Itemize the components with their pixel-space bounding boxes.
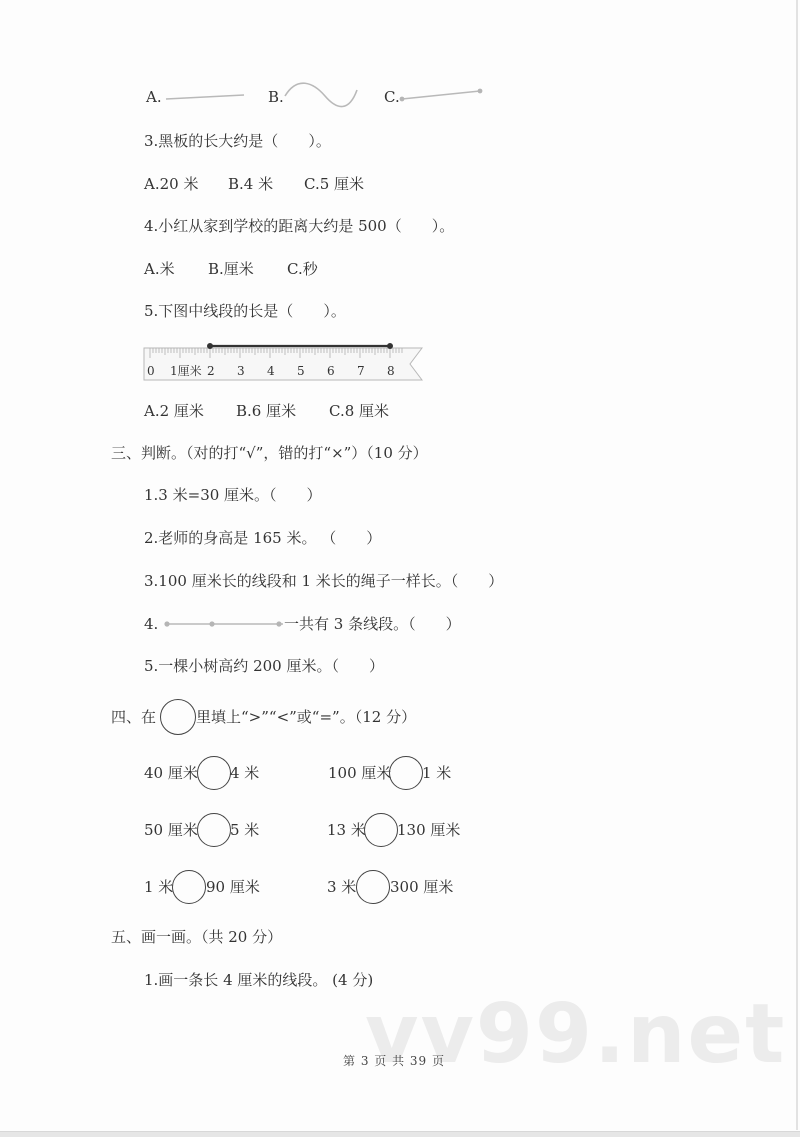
q3-option-c: C.5 厘米 [304, 174, 364, 194]
compare-5-right: 90 厘米 [206, 877, 260, 897]
compare-2-circle[interactable] [389, 756, 423, 790]
section4-title-prefix: 四、在 [111, 707, 156, 727]
q5-text: 5.下图中线段的长是（ ）。 [144, 301, 346, 321]
ruler-label-6: 6 [327, 361, 335, 381]
q4-text: 4.小红从家到学校的距离大约是 500（ ）。 [144, 216, 454, 236]
q4-option-a: A.米 [144, 259, 175, 279]
section5-title: 五、画一画。（共 20 分） [111, 927, 282, 947]
compare-4-right: 130 厘米 [397, 820, 460, 840]
ruler-label-2: 2 [207, 361, 215, 381]
judge-item-4-text: 一共有 3 条线段。（ ） [284, 614, 461, 634]
compare-2-right: 1 米 [422, 763, 451, 783]
compare-1-left: 40 厘米 [144, 763, 198, 783]
ruler-label-3: 3 [237, 361, 245, 381]
compare-4-circle[interactable] [364, 813, 398, 847]
judge-item-1: 1.3 米=30 厘米。（ ） [144, 485, 322, 505]
curved-line-figure [283, 80, 363, 112]
ruler-label-5: 5 [297, 361, 305, 381]
q2-option-b-label: B. [268, 87, 284, 107]
compare-6-circle[interactable] [356, 870, 390, 904]
line-segment-figure [400, 88, 484, 102]
compare-4-left: 13 米 [327, 820, 366, 840]
q5-option-b: B.6 厘米 [236, 401, 296, 421]
straight-line-figure [166, 90, 246, 102]
ruler-label-0: 0 [147, 361, 155, 381]
ruler-label-1: 1厘米 [170, 361, 202, 381]
three-point-segment-figure [165, 619, 287, 629]
document-page: A. B. C. 3.黑板的长大约是（ ）。 A.20 米 B.4 米 C.5 … [0, 0, 798, 1130]
judge-item-3: 3.100 厘米长的线段和 1 米长的绳子一样长。（ ） [144, 571, 503, 591]
judge-item-2: 2.老师的身高是 165 米。 （ ） [144, 528, 381, 548]
compare-3-circle[interactable] [197, 813, 231, 847]
compare-5-circle[interactable] [172, 870, 206, 904]
compare-3-left: 50 厘米 [144, 820, 198, 840]
ruler-label-4: 4 [267, 361, 275, 381]
q5-option-a: A.2 厘米 [144, 401, 204, 421]
compare-2-left: 100 厘米 [328, 763, 391, 783]
compare-3-right: 5 米 [230, 820, 259, 840]
draw-question-1: 1.画一条长 4 厘米的线段。 (4 分) [144, 970, 373, 990]
ruler-label-7: 7 [357, 361, 365, 381]
section3-title: 三、判断。（对的打“√”，错的打“×”）（10 分） [111, 443, 428, 463]
q3-option-a: A.20 米 [144, 174, 198, 194]
compare-1-circle[interactable] [197, 756, 231, 790]
compare-1-right: 4 米 [230, 763, 259, 783]
compare-6-left: 3 米 [327, 877, 356, 897]
q2-option-a-label: A. [146, 87, 162, 107]
page-number: 第 3 页 共 39 页 [343, 1052, 445, 1069]
q2-option-c-label: C. [384, 87, 400, 107]
q3-text: 3.黑板的长大约是（ ）。 [144, 131, 331, 151]
section4-title-suffix: 里填上“>”“<”或“=”。（12 分） [196, 707, 416, 727]
judge-item-4-number: 4. [144, 614, 158, 634]
q3-option-b: B.4 米 [228, 174, 273, 194]
q5-option-c: C.8 厘米 [329, 401, 389, 421]
compare-circle-example [160, 699, 196, 735]
page-bottom-edge [0, 1131, 800, 1137]
q4-option-b: B.厘米 [208, 259, 254, 279]
compare-5-left: 1 米 [144, 877, 173, 897]
ruler-label-8: 8 [387, 361, 395, 381]
compare-6-right: 300 厘米 [390, 877, 453, 897]
judge-item-5: 5.一棵小树高约 200 厘米。（ ） [144, 656, 384, 676]
q4-option-c: C.秒 [287, 259, 318, 279]
ruler-figure: 0 1厘米 2 3 4 5 6 7 8 [142, 342, 424, 382]
